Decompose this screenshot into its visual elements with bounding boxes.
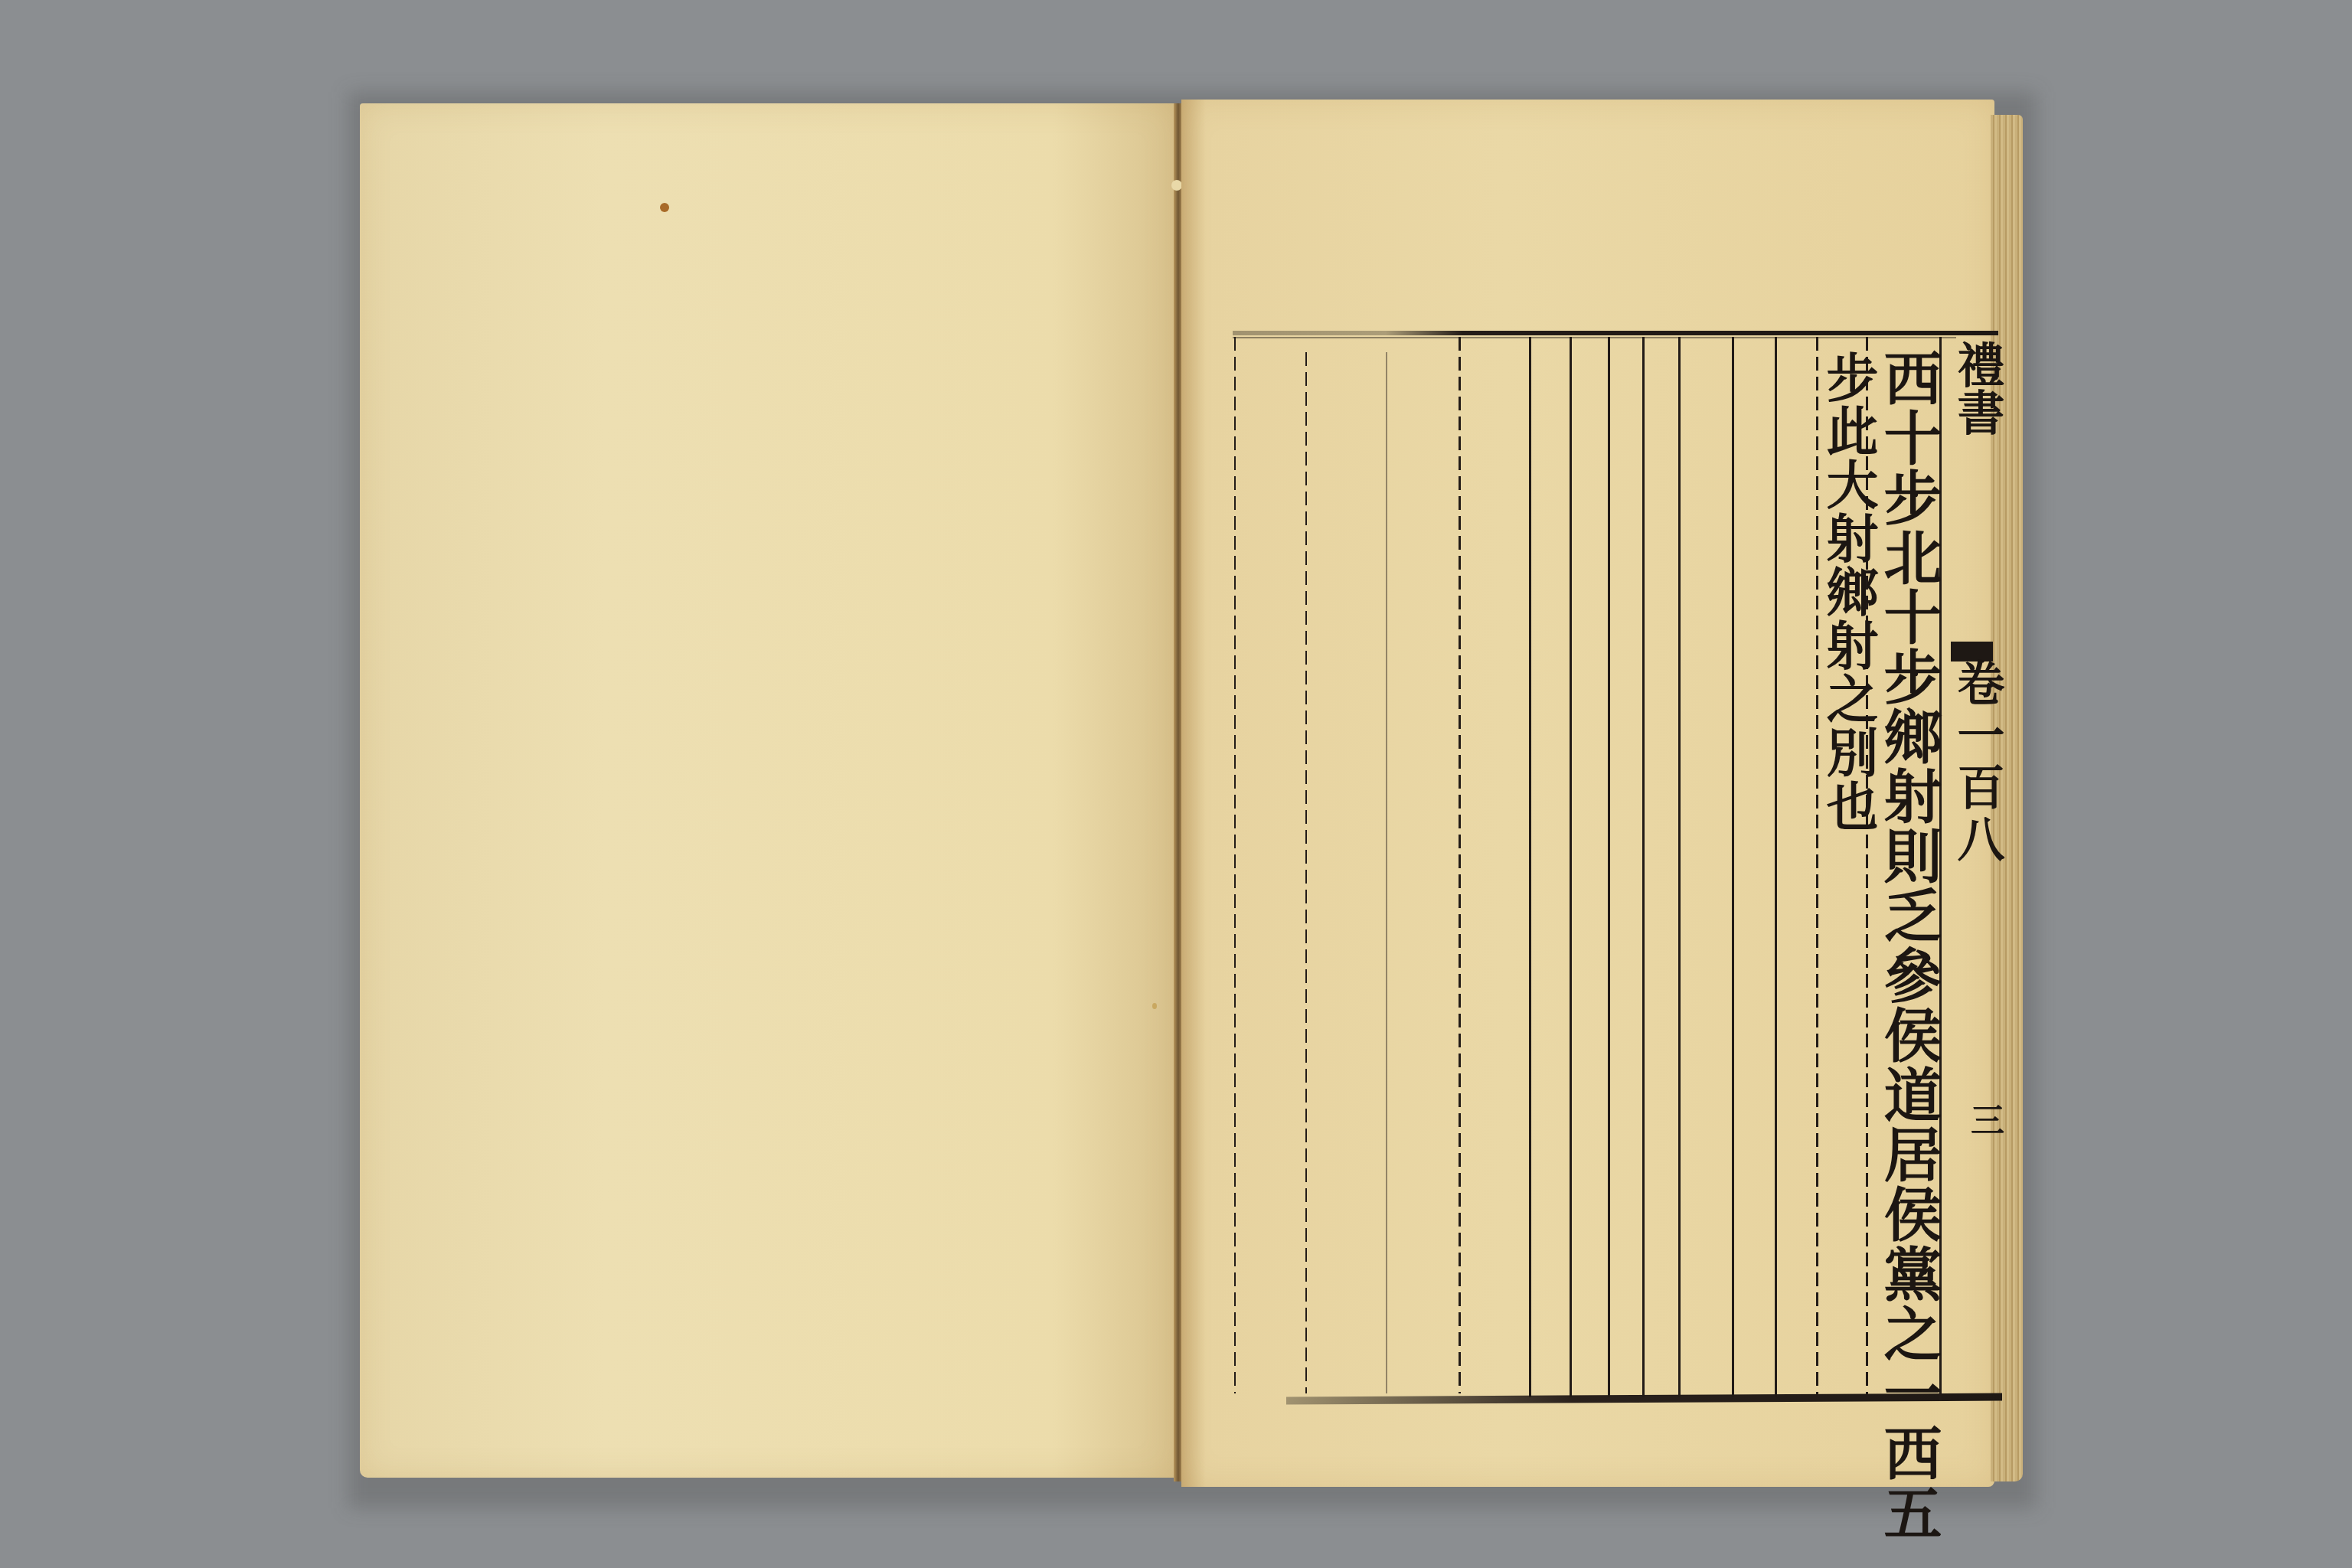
left-page-blank: [360, 103, 1175, 1478]
frame-top-rule: [1233, 331, 1998, 335]
column-rule: [1570, 337, 1572, 1397]
column-rule: [1678, 337, 1681, 1397]
column-rule: [1608, 337, 1610, 1397]
column-rule: [1775, 337, 1777, 1397]
margin-book-title: 禮書: [1950, 341, 2001, 436]
paper-stain: [660, 203, 669, 212]
column-rule: [1459, 337, 1461, 1393]
column-rule: [1529, 337, 1531, 1397]
column-rule: [1642, 337, 1645, 1397]
paper-stain: [1152, 1003, 1157, 1009]
frame-top-rule-inner: [1233, 337, 1956, 338]
margin-volume-number: 卷一百八: [1950, 658, 2001, 867]
text-column-2: 步此大射鄉射之別也: [1825, 351, 1874, 833]
column-rule: [1234, 337, 1236, 1393]
column-rule: [1305, 352, 1307, 1393]
gutter-notch: [1171, 180, 1182, 191]
margin-page-number: 三: [1950, 1102, 2001, 1136]
column-rule: [1386, 352, 1387, 1393]
column-rule: [1732, 337, 1734, 1397]
